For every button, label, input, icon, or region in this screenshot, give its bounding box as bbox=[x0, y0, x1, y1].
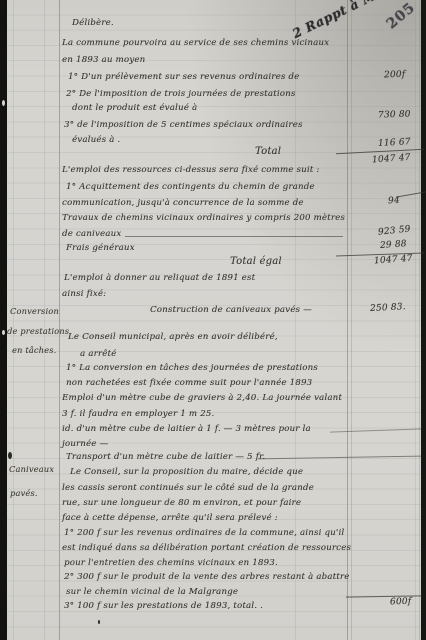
margin-note-conversion: en tâches. bbox=[12, 345, 56, 356]
manuscript-line: face à cette dépense, arrête qu'il sera … bbox=[62, 513, 278, 524]
amount-value: 29 88 bbox=[380, 239, 407, 252]
manuscript-line: pour l'entretien des chemins vicinaux en… bbox=[64, 558, 278, 569]
manuscript-line: id. d'un mètre cube de laitier à 1 f. — … bbox=[62, 424, 311, 435]
ledger-vertical-rule bbox=[44, 0, 45, 640]
amount-value: 923 59 bbox=[378, 224, 412, 238]
amount-value: 600f bbox=[390, 597, 412, 609]
manuscript-line: L'emploi des ressources ci-dessus sera f… bbox=[62, 165, 320, 176]
ink-blot bbox=[98, 620, 100, 624]
ledger-vertical-rule bbox=[13, 0, 14, 640]
manuscript-line: dont le produit est évalué à bbox=[72, 103, 197, 114]
manuscript-line: est indiqué dans sa délibération portant… bbox=[62, 543, 351, 554]
ledger-vertical-rule bbox=[415, 0, 416, 640]
manuscript-line: 1° 200 f sur les revenus ordinaires de l… bbox=[64, 528, 344, 539]
amount-value: 730 80 bbox=[378, 109, 411, 121]
manuscript-line-total: Total égal bbox=[230, 256, 282, 267]
amount-value: 250 83. bbox=[370, 302, 406, 315]
manuscript-line: non rachetées est fixée comme suit pour … bbox=[66, 378, 312, 389]
manuscript-line: 1° D'un prélèvement sur ses revenus ordi… bbox=[68, 72, 299, 83]
manuscript-line: communication, jusqu'à concurrence de la… bbox=[62, 198, 304, 209]
manuscript-line: 2° 300 f sur le produit de la vente des … bbox=[64, 572, 350, 583]
margin-note-conversion: Conversion bbox=[10, 306, 59, 317]
manuscript-line: sur le chemin vicinal de la Malgrange bbox=[66, 587, 238, 598]
manuscript-line-total: Total bbox=[255, 146, 281, 157]
manuscript-line: 2° De l'imposition de trois journées de … bbox=[66, 89, 295, 100]
manuscript-line: La commune pourvoira au service de ses c… bbox=[62, 38, 329, 49]
manuscript-line: 1° Acquittement des contingents du chemi… bbox=[66, 182, 315, 193]
manuscript-line: Délibère. bbox=[72, 18, 114, 29]
manuscript-line: évalués à . bbox=[72, 135, 120, 146]
manuscript-line: Construction de caniveaux pavés — bbox=[150, 305, 312, 316]
amount-value: 116 67 bbox=[378, 137, 411, 150]
amount-value: 1047 47 bbox=[372, 153, 411, 167]
manuscript-line: Frais généraux bbox=[66, 243, 135, 254]
amount-value: 1047 47 bbox=[374, 254, 413, 268]
ledger-vertical-rule bbox=[419, 0, 420, 640]
scan-left-edge bbox=[0, 0, 7, 640]
amount-value: 200f bbox=[384, 70, 406, 82]
scan-speck bbox=[2, 100, 5, 106]
manuscript-page: 205 2 Rappt à M— Conversion de prestatio… bbox=[0, 0, 426, 640]
manuscript-line: L'emploi à donner au reliquat de 1891 es… bbox=[64, 273, 255, 284]
manuscript-line: 3° de l'imposition de 5 centimes spéciau… bbox=[64, 120, 303, 131]
amount-value: 94 bbox=[388, 196, 400, 208]
manuscript-line: 3 f. il faudra en employer 1 m 25. bbox=[62, 409, 214, 420]
margin-note-caniveaux: pavés. bbox=[10, 488, 38, 499]
manuscript-line: journée — bbox=[62, 439, 108, 450]
manuscript-line: rue, sur une longueur de 80 m environ, e… bbox=[62, 498, 301, 509]
diagonal-registry-note: 2 Rappt à M— bbox=[290, 0, 390, 41]
amount-column-rule bbox=[351, 0, 352, 640]
page-number-stamp: 205 bbox=[384, 0, 419, 32]
ink-blot bbox=[8, 452, 12, 459]
margin-divider-rule bbox=[59, 0, 60, 640]
filler-stroke bbox=[125, 236, 343, 237]
margin-note-conversion: de prestations bbox=[7, 326, 69, 337]
manuscript-line: Emploi d'un mètre cube de graviers à 2,4… bbox=[62, 393, 342, 404]
manuscript-line: Transport d'un mètre cube de laitier — 5… bbox=[66, 452, 265, 463]
filler-stroke bbox=[258, 456, 422, 460]
manuscript-line: 1° La conversion en tâches des journées … bbox=[66, 363, 318, 374]
manuscript-line: Travaux de chemins vicinaux ordinaires y… bbox=[62, 213, 345, 224]
filler-stroke bbox=[330, 428, 422, 432]
manuscript-line: Le Conseil, sur la proposition du maire,… bbox=[70, 467, 303, 478]
manuscript-line: 3° 100 f sur les prestations de 1893, to… bbox=[64, 601, 263, 612]
scan-speck bbox=[2, 330, 5, 335]
manuscript-line: ainsi fixé: bbox=[62, 289, 106, 300]
manuscript-line: en 1893 au moyen bbox=[62, 55, 145, 66]
margin-note-caniveaux: Caniveaux bbox=[9, 464, 54, 475]
manuscript-line: Le Conseil municipal, après en avoir dél… bbox=[68, 332, 278, 343]
manuscript-line: de caniveaux bbox=[62, 229, 121, 240]
manuscript-line: les cassis seront continués sur le côté … bbox=[62, 483, 314, 494]
manuscript-line: a arrêté bbox=[80, 349, 116, 360]
scan-right-edge bbox=[421, 0, 426, 640]
